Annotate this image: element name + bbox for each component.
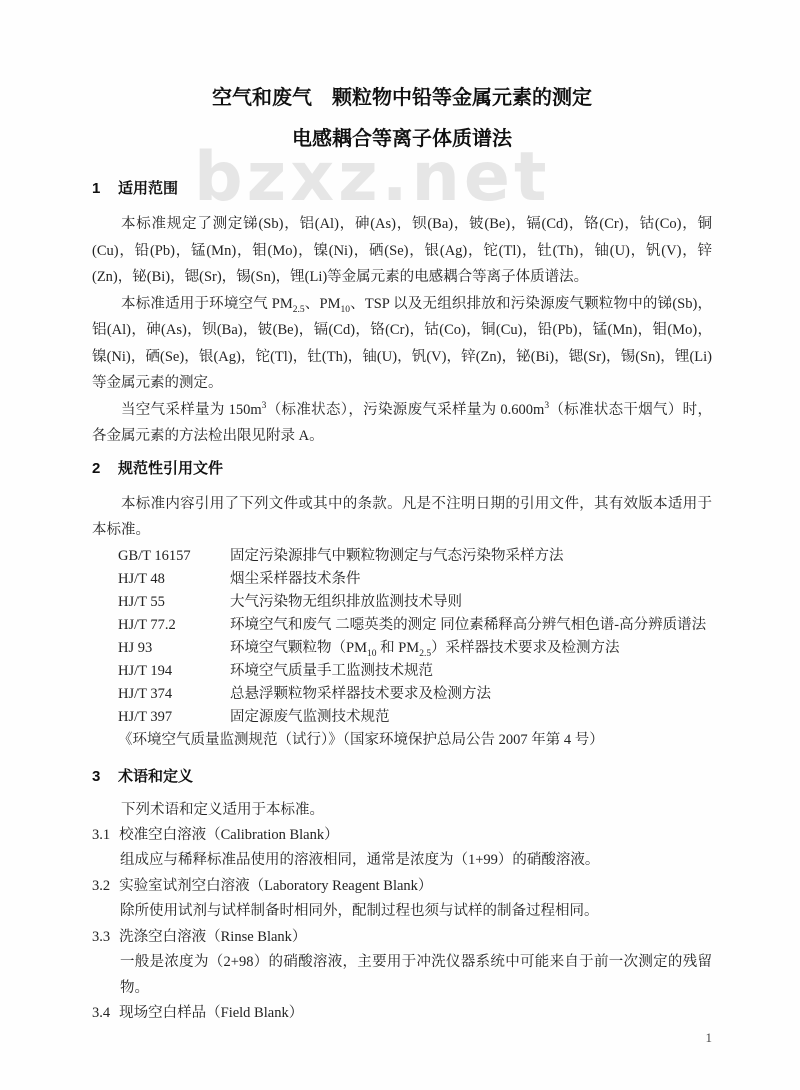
reference-code: HJ/T 77.2	[118, 614, 230, 637]
reference-row: HJ 93 环境空气颗粒物（PM10 和 PM2.5）采样器技术要求及检测方法	[92, 637, 712, 660]
terms-section: 下列术语和定义适用于本标准。 3.1校准空白溶液（Calibration Bla…	[92, 797, 712, 1027]
section-3-heading: 3术语和定义	[92, 767, 712, 787]
reference-code: HJ/T 374	[118, 683, 230, 706]
reference-title-text: 环境空气颗粒物（PM	[230, 640, 367, 656]
term-name: 实验室试剂空白溶液（Laboratory Reagent Blank）	[119, 878, 432, 894]
reference-title: 环境空气和废气 二噁英类的测定 同位素稀释高分辨气相色谱-高分辨质谱法	[230, 614, 712, 637]
term-definition: 除所使用试剂与试样制备时相同外，配制过程也须与试样的制备过程相同。	[92, 899, 712, 925]
references-intro: 本标准内容引用了下列文件或其中的条款。凡是不注明日期的引用文件，其有效版本适用于…	[92, 491, 712, 544]
term-number: 3.4	[92, 1005, 110, 1021]
scope-paragraph-2: 本标准适用于环境空气 PM2.5、PM10、TSP 以及无组织排放和污染源废气颗…	[92, 291, 712, 397]
section-1-title: 适用范围	[118, 180, 178, 197]
reference-code: HJ/T 48	[118, 568, 230, 591]
term-number: 3.2	[92, 878, 110, 894]
section-1-heading: 1适用范围	[92, 179, 712, 199]
reference-code: HJ/T 55	[118, 591, 230, 614]
term-number: 3.3	[92, 929, 110, 945]
scope-p2-text: 本标准适用于环境空气 PM	[121, 296, 293, 312]
reference-row: GB/T 16157 固定污染源排气中颗粒物测定与气态污染物采样方法	[92, 545, 712, 568]
pm10-subscript: 10	[340, 304, 350, 314]
document-title-line2: 电感耦合等离子体质谱法	[92, 127, 712, 152]
document-content: 空气和废气 颗粒物中铅等金属元素的测定 电感耦合等离子体质谱法 1适用范围 本标…	[92, 0, 712, 1027]
page-number: 1	[706, 1030, 713, 1046]
reference-title-text: ）采样器技术要求及检测方法	[431, 640, 620, 656]
reference-title: 烟尘采样器技术条件	[230, 568, 712, 591]
reference-code: HJ 93	[118, 637, 230, 660]
scope-p3-text: 当空气采样量为 150m	[121, 402, 262, 418]
reference-row: HJ/T 48 烟尘采样器技术条件	[92, 568, 712, 591]
reference-title: 总悬浮颗粒物采样器技术要求及检测方法	[230, 683, 712, 706]
scope-paragraph-3: 当空气采样量为 150m3（标准状态），污染源废气采样量为 0.600m3（标准…	[92, 397, 712, 450]
reference-row: HJ/T 374 总悬浮颗粒物采样器技术要求及检测方法	[92, 683, 712, 706]
scope-p3-text: （标准状态），污染源废气采样量为 0.600m	[266, 402, 544, 418]
section-1-number: 1	[92, 179, 118, 199]
terms-intro: 下列术语和定义适用于本标准。	[92, 797, 712, 823]
reference-title: 固定源废气监测技术规范	[230, 706, 712, 729]
reference-row: HJ/T 397 固定源废气监测技术规范	[92, 706, 712, 729]
term-name: 校准空白溶液（Calibration Blank）	[119, 827, 339, 843]
document-title-line1: 空气和废气 颗粒物中铅等金属元素的测定	[92, 0, 712, 111]
section-2-title: 规范性引用文件	[118, 460, 223, 477]
reference-row: HJ/T 194 环境空气质量手工监测技术规范	[92, 660, 712, 683]
scope-p2-text: 、PM	[305, 296, 341, 312]
reference-title: 固定污染源排气中颗粒物测定与气态污染物采样方法	[230, 545, 712, 568]
reference-title-text: 和 PM	[376, 640, 419, 656]
reference-title: 环境空气颗粒物（PM10 和 PM2.5）采样器技术要求及检测方法	[230, 637, 712, 660]
document-page: bzxz.net 空气和废气 颗粒物中铅等金属元素的测定 电感耦合等离子体质谱法…	[0, 0, 800, 1090]
reference-row: HJ/T 77.2 环境空气和废气 二噁英类的测定 同位素稀释高分辨气相色谱-高…	[92, 614, 712, 637]
term-definition: 一般是浓度为（2+98）的硝酸溶液，主要用于冲洗仪器系统中可能来自于前一次测定的…	[92, 950, 712, 1001]
term-name: 现场空白样品（Field Blank）	[119, 1005, 303, 1021]
reference-list: GB/T 16157 固定污染源排气中颗粒物测定与气态污染物采样方法 HJ/T …	[92, 545, 712, 752]
pm25-subscript: 2.5	[419, 648, 431, 658]
term-heading: 3.3洗涤空白溶液（Rinse Blank）	[92, 925, 712, 951]
term-number: 3.1	[92, 827, 110, 843]
term-definition: 组成应与稀释标准品使用的溶液相同，通常是浓度为（1+99）的硝酸溶液。	[92, 848, 712, 874]
term-heading: 3.4现场空白样品（Field Blank）	[92, 1001, 712, 1027]
reference-title: 环境空气质量手工监测技术规范	[230, 660, 712, 683]
term-heading: 3.2实验室试剂空白溶液（Laboratory Reagent Blank）	[92, 874, 712, 900]
reference-code: HJ/T 397	[118, 706, 230, 729]
reference-code: HJ/T 194	[118, 660, 230, 683]
section-3-number: 3	[92, 767, 118, 787]
term-heading: 3.1校准空白溶液（Calibration Blank）	[92, 823, 712, 849]
reference-row: HJ/T 55 大气污染物无组织排放监测技术导则	[92, 591, 712, 614]
section-3-title: 术语和定义	[118, 768, 193, 785]
section-2-number: 2	[92, 459, 118, 479]
scope-paragraph-1: 本标准规定了测定锑(Sb)，铝(Al)，砷(As)，钡(Ba)，铍(Be)，镉(…	[92, 211, 712, 291]
pm25-subscript: 2.5	[293, 304, 305, 314]
reference-title: 大气污染物无组织排放监测技术导则	[230, 591, 712, 614]
term-name: 洗涤空白溶液（Rinse Blank）	[119, 929, 306, 945]
reference-extra-note: 《环境空气质量监测规范（试行）》（国家环境保护总局公告 2007 年第 4 号）	[92, 729, 712, 752]
reference-code: GB/T 16157	[118, 545, 230, 568]
section-2-heading: 2规范性引用文件	[92, 459, 712, 479]
